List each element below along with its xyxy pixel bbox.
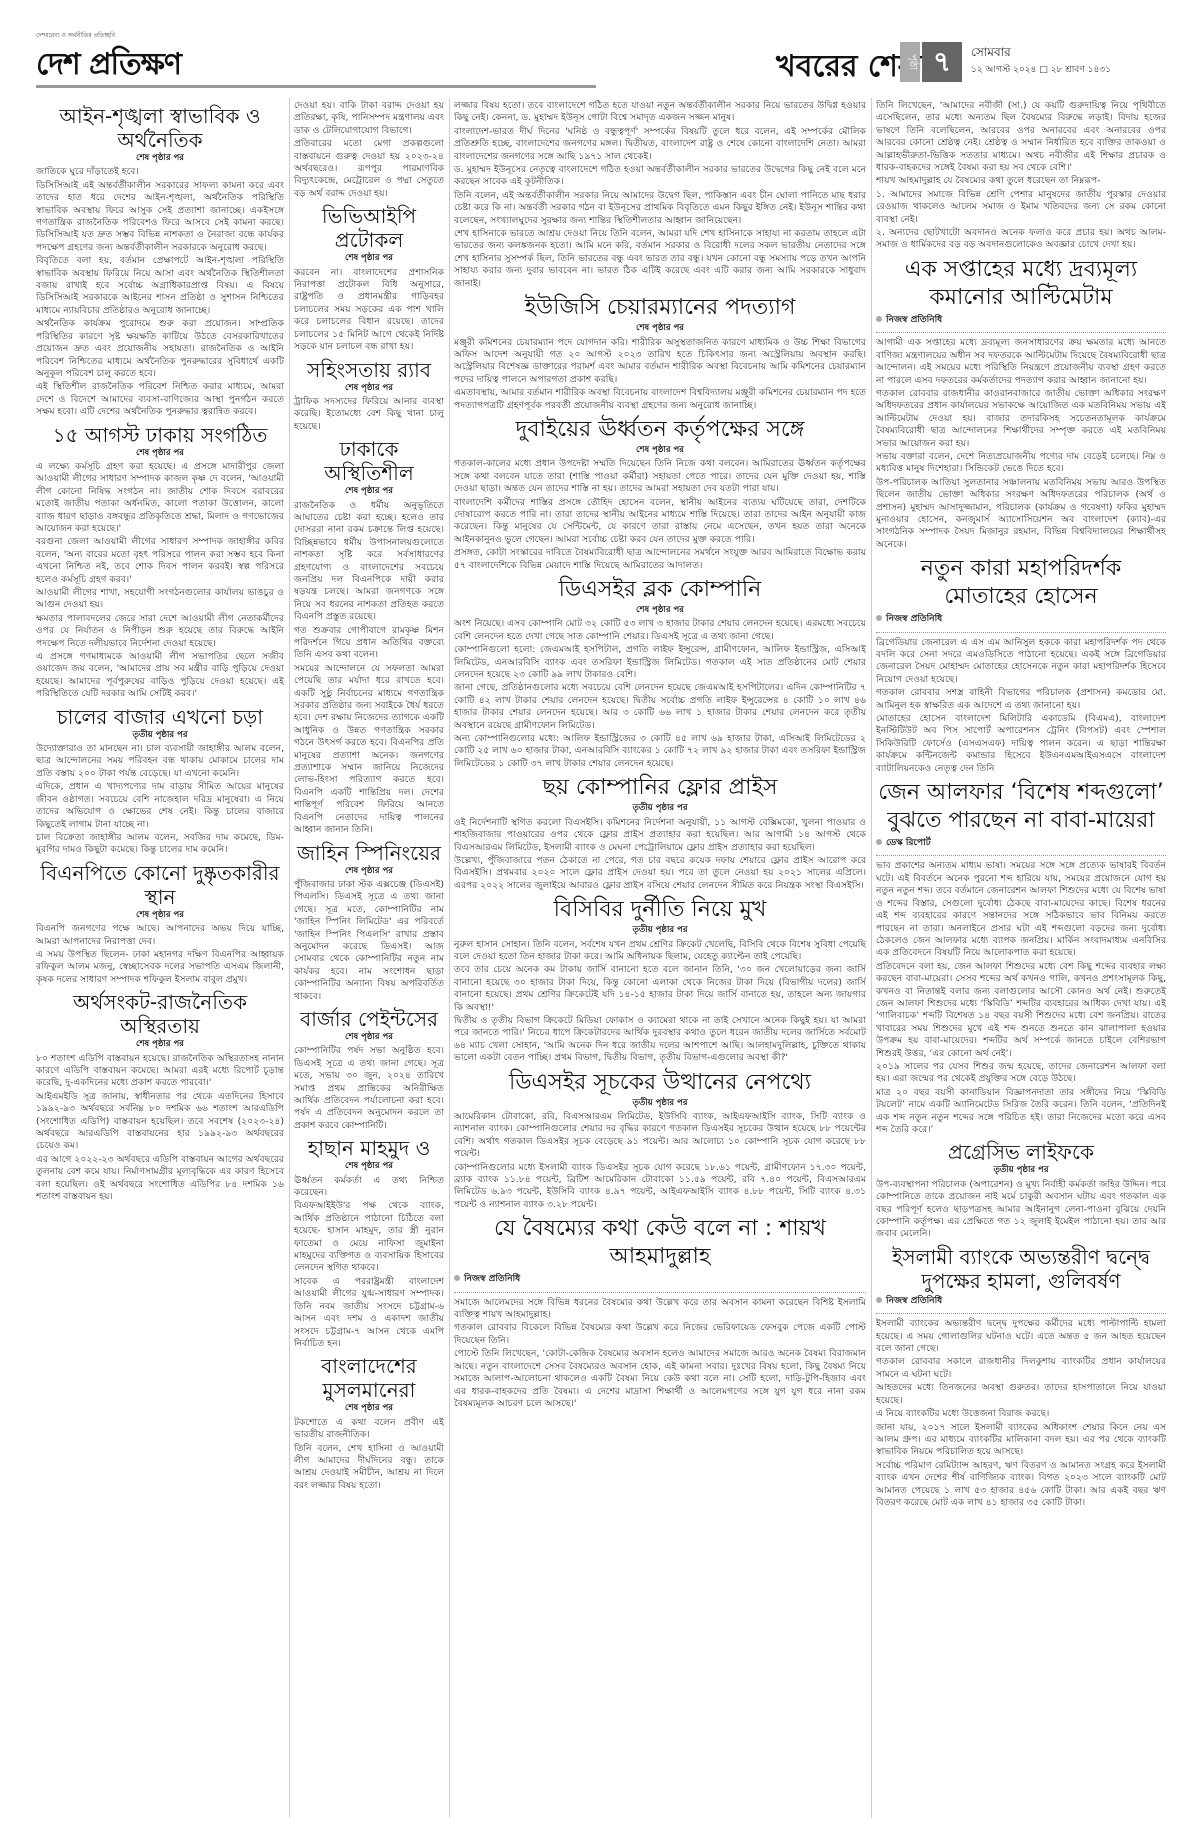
headline[interactable]: ঢাকাকে অস্থিতিশীল [294,437,444,485]
paragraph: ব্রিগেডিয়ার জেনারেল এ এস এম আনিসুল হককে… [876,637,1166,687]
paragraph: সমাজে আলেমদের সঙ্গে বিভিন্ন ধরনের বৈষম্য… [454,1297,866,1322]
article-floor-price: ছয় কোম্পানির ফ্লোর প্রাইস তৃতীয় পৃষ্ঠা… [454,774,866,892]
article-budget-cont: দেওয়া হয়। বাকি টাকা বরাদ্দ দেওয়া হয় … [294,100,444,200]
paragraph: গতকাল-কালের মধ্যে প্রধান উপদেষ্টা সম্মতি… [454,458,866,495]
paragraph: তিনি লিখেছেন, 'আমাদের নবীজী (সা.) যে কয়… [876,100,1166,174]
headline[interactable]: ভিভিআইপি প্রটোকল [294,204,444,252]
paragraph: তবে তার চেয়ে অনেক কম টাকায় জার্সি বানা… [454,964,866,1014]
paragraph: উদ্যোক্তারাও তা মানছেন না। চাল ব্যবসায়ী… [36,743,284,780]
paragraph: এ সময় উপস্থিত ছিলেন- ঢাকা মহানগর দক্ষিণ… [36,949,284,986]
paragraph: ঊর্ধ্বতন কর্মকর্তা এ তথ্য নিশ্চিত করেছেন… [294,1175,444,1200]
paragraph: আগামী এক সপ্তাহের মধ্যে দ্রব্যমূল্য জনসা… [876,337,1166,387]
continued-from: শেষ পৃষ্ঠার পর [454,444,866,456]
newspaper-logo[interactable]: দেশ প্রতিক্ষণ [36,40,181,91]
paragraph: এ প্রসঙ্গে গণমাধ্যমকে আওয়ামী লীগ সভাপতি… [36,651,284,701]
paragraph: এদিকে, প্রধান এ খাদ্যপণ্যের দাম বাড়ায় … [36,781,284,831]
paragraph: লজ্জার বিষয় হতো। তবে বাংলাদেশে গঠিত হতে… [454,100,866,125]
article-vvip: ভিভিআইপি প্রটোকল শেষ পৃষ্ঠার পর করবেন না… [294,204,444,353]
continued-from: শেষ পৃষ্ঠার পর [454,322,866,334]
paragraph: ট্রাফিক সদস্যদের ফিরিয়ে আনার ব্যবস্থা ক… [294,396,444,433]
paragraph: দ্বিতীয় ও তৃতীয় বিভাগ ক্রিকেটে মিডিয়া… [454,1015,866,1065]
continued-from: শেষ পৃষ্ঠার পর [294,252,444,264]
article-hasan-mahmud: হাছান মাহমুদ ও শেষ পৃষ্ঠার পর ঊর্ধ্বতন ক… [294,1136,444,1350]
article-dhaka-unrest: ঢাকাকে অস্থিতিশীল শেষ পৃষ্ঠার পর রাজনৈতি… [294,437,444,836]
paragraph: জানা গেছে, প্রতিষ্ঠানগুলোর মধ্যে সবচেয়ে… [454,682,866,732]
headline[interactable]: ১৫ আগস্ট ঢাকায় সংগঠিত [36,423,284,447]
date: ১২ আগস্ট ২০২৪ □ ২৮ শ্রাবণ ১৪৩১ [971,62,1111,77]
article-india-interim: লজ্জার বিষয় হতো। তবে বাংলাদেশে গঠিত হতে… [454,100,866,290]
paragraph: ভাব প্রকাশের অন্যতম মাধ্যম ভাষা। সময়ের … [876,860,1166,959]
paragraph: এমতাবস্থায়, আমার বর্তমান শারীরিক অবস্থা… [454,387,866,412]
paragraph: ২. অন্যদের ছোটখাটো অবদানও অনেক ফলাও করে … [876,227,1166,252]
paragraph: প্রতিবেদনে বলা হয়, জেন আলফা শিশুদের মধ্… [876,961,1166,1060]
paragraph: সর্বোচ্চ পরিমাণ রেমিট্যান্স আহরণ, ঋণ বিত… [876,1460,1166,1510]
article-aug15: ১৫ আগস্ট ঢাকায় সংগঠিত শেষ পৃষ্ঠার পর এ … [36,423,284,701]
byline: ডেস্ক রিপোর্ট [876,837,1166,856]
paragraph: এ নিয়ে ব্যাংকটির মধ্যে উত্তেজনা বিরাজ ক… [876,1408,1166,1420]
paragraph: আমেরিকান টোবাকো, রবি, বিএসআরএম লিমিটেড, … [454,1111,866,1161]
paragraph: শেখ হাসিনাকে ভারতে আশ্রয় দেওয়া নিয়ে ত… [454,228,866,290]
byline-text: নিজস্ব প্রতিনিধি [886,1296,942,1306]
paragraph: বাংলাদেশ-ভারত দীর্ঘ দিনের 'ঘনিষ্ঠ ও বন্ধ… [454,126,866,163]
paragraph: আহতদের মধ্যে তিনজনের অবস্থা গুরুতর। তাদে… [876,1382,1166,1407]
paragraph: জানা যায়, ২০১৭ সালে ইসলামী ব্যাংকের অধি… [876,1422,1166,1459]
continued-from: শেষ পৃষ্ঠার পর [454,604,866,616]
paragraph: পুঁজিবাজার ঢাকা স্টক এক্সচেঞ্জ (ডিএসই) প… [294,879,444,1003]
byline-text: নিজস্ব প্রতিনিধি [464,1274,520,1284]
page-number: ৭ [922,42,962,82]
article-price-ultimatum: এক সপ্তাহের মধ্যে দ্রব্যমূল্য কমানোর আল্… [876,256,1166,551]
continued-from: শেষ পৃষ্ঠার পর [294,1031,444,1043]
article-bd-muslims: বাংলাদেশের মুসলমানেরা শেষ পৃষ্ঠার পর টকশ… [294,1354,444,1492]
headline[interactable]: হাছান মাহমুদ ও [294,1136,444,1160]
paragraph: বাংলাদেশি কর্মীদের শাস্তির প্রসঙ্গে তৌহি… [454,497,866,547]
paragraph: উল্লেখ্য, পুঁজিবাজারে পতন ঠেকাতে না পেরে… [454,855,866,892]
paragraph: উপ-ব্যবস্থাপনা পরিচালক (অপারেশন) ও মুখ্য… [876,1179,1166,1241]
article-zahin: জাহিন স্পিনিংয়ের শেষ পৃষ্ঠার পর পুঁজিবা… [294,841,444,1003]
article-bnp: বিএনপিতে কোনো দুষ্কৃতকারীর স্থান শেষ পৃষ… [36,861,284,986]
column-3: লজ্জার বিষয় হতো। তবে বাংলাদেশে গঠিত হতে… [454,100,866,1820]
byline: নিজস্ব প্রতিনিধি [876,613,1166,632]
paragraph: প্রসঙ্গত, কোটা সংস্কারের দাবিতে বৈষম্যবি… [454,547,866,572]
headline[interactable]: অর্থসংকট-রাজনৈতিক অস্থিরতায় [36,990,284,1038]
bullet-icon [454,1275,460,1281]
column-right: তিনি লিখেছেন, 'আমাদের নবীজী (সা.) যে কয়… [876,100,1166,1820]
article-ahmadullah: যে বৈষম্যের কথা কেউ বলে না : শায়খ আহমাদ… [454,1215,866,1410]
article-dubai: দুবাইয়ের ঊর্ধ্বতন কর্তৃপক্ষের সঙ্গে শেষ… [454,416,866,572]
column-divider [871,98,872,1818]
article-dse-index: ডিএসইর সূচকের উত্থানের নেপথ্যে তৃতীয় পৃ… [454,1069,866,1212]
paragraph: আওয়ামী লীগের শাখা, সহযোগী সংগঠনগুলোর কা… [36,587,284,612]
paragraph: কোম্পানিটির পর্ষদ সভা অনুষ্ঠিত হবে। ডিএস… [294,1045,444,1132]
continued-from: শেষ পৃষ্ঠার পর [294,382,444,394]
paragraph: নুরুল হাসান সোহান। তিনি বলেন, সর্বশেষ যখ… [454,939,866,964]
headline[interactable]: বিএনপিতে কোনো দুষ্কৃতকারীর স্থান [36,861,284,909]
headline[interactable]: ইসলামী ব্যাংকে অভ্যন্তরীণ দ্বন্দ্বে দুপক… [876,1245,1166,1293]
headline[interactable]: ডিএসইর সূচকের উত্থানের নেপথ্যে [454,1069,866,1097]
paragraph: ডিসিসিআই এই অন্তর্বর্তীকালীন সরকারের সাফ… [36,180,284,254]
headline[interactable]: বিসিবির দুর্নীতি নিয়ে মুখ [454,896,866,924]
headline[interactable]: সহিংসতায় র‌্যাব [294,358,444,382]
headline[interactable]: নতুন কারা মহাপরিদর্শক মোতাহের হোসেন [876,555,1166,611]
continued-from: শেষ পৃষ্ঠার পর [294,1160,444,1172]
paragraph: কোম্পানিগুলো হলো: জেএমআই হসপিটাল, প্রগতি… [454,644,866,681]
paragraph: সভায় বক্তারা বলেন, দেশে নিত্যপ্রয়োজনীয… [876,451,1166,476]
paragraph: বিএফআইইউ'র পক্ষ থেকে ব্যাংক, আর্থিক প্রত… [294,1200,444,1274]
paragraph: বিবৃতিতে বলা হয়, বর্তমান প্রেক্ষাপটে আই… [36,255,284,317]
headline[interactable]: চালের বাজার এখনো চড়া [36,705,284,729]
paragraph: তিনি বলেন, শেখ হাসিনা ও আওয়ামী লীগ আমাদ… [294,1443,444,1493]
paragraph: উপ-পরিচালক আতিয়া সুলতানার সঞ্চালনায় মত… [876,477,1166,551]
header-rule [36,85,596,88]
bullet-icon [876,1297,882,1303]
continued-from: শেষ পৃষ্ঠার পর [294,1402,444,1414]
continued-from: তৃতীয় পৃষ্ঠার পর [454,924,866,936]
paragraph: ৮০ শতাংশ এডিপি বাস্তবায়ন হয়েছে। রাজনৈত… [36,1053,284,1090]
paragraph: এর আগে ২০২২-২৩ অর্থবছরে এডিপি বাস্তবায়ন… [36,1154,284,1204]
column-2: দেওয়া হয়। বাকি টাকা বরাদ্দ দেওয়া হয় … [294,100,444,1820]
article-progressive-life: প্রগ্রেসিভ লাইফকে তৃতীয় পৃষ্ঠার পর উপ-ব… [876,1140,1166,1240]
headline[interactable]: বার্জার পেইন্টসের [294,1007,444,1031]
paragraph: গতকাল রোববার বিকেলে বিভিন্ন বৈষম্যের কথা… [454,1322,866,1347]
continued-from: তৃতীয় পৃষ্ঠার পর [454,802,866,814]
article-econ-crisis: অর্থসংকট-রাজনৈতিক অস্থিরতায় শেষ পৃষ্ঠার… [36,990,284,1203]
article-rab: সহিংসতায় র‌্যাব শেষ পৃষ্ঠার পর ট্রাফিক … [294,358,444,434]
article-dse-block: ডিএসইর ব্লক কোম্পানি শেষ পৃষ্ঠার পর অংশ … [454,576,866,770]
article-rice-price: চালের বাজার এখনো চড়া তৃতীয় পৃষ্ঠার পর … [36,705,284,857]
article-ahmadullah-cont: তিনি লিখেছেন, 'আমাদের নবীজী (সা.) যে কয়… [876,100,1166,252]
byline-text: নিজস্ব প্রতিনিধি [886,614,942,624]
headline[interactable]: প্রগ্রেসিভ লাইফকে [876,1140,1166,1164]
paragraph: সময়ের আন্দোলনে যে সফলতা আমরা পেয়েছি তা… [294,663,444,837]
masthead: দেশবরেণ্য ও অর্থনীতির প্রতিচ্ছবি দেশ প্র… [36,30,1166,88]
continued-from: শেষ পৃষ্ঠার পর [36,152,284,164]
paragraph: ড. মুহাম্মদ ইউনূসের নেতৃত্বে বাংলাদেশে গ… [454,164,866,189]
paragraph: সাবেক এ পররাষ্ট্রমন্ত্রী বাংলাদেশ আওয়াম… [294,1276,444,1350]
paragraph: অর্থনৈতিক কার্যক্রম পুরোদমে শুরু করা প্র… [36,318,284,380]
continued-from: তৃতীয় পৃষ্ঠার পর [876,1164,1166,1176]
paragraph: গতকাল রোববার সকালে রাজধানীর দিলকুশায় ব্… [876,1356,1166,1381]
paragraph: গত শুক্রবার গোপীবাগে রামকৃষ্ণ মিশন পরিদর… [294,625,444,662]
paragraph: শায়খ আহমাদুল্লাহ যে বৈষম্যের কথা তুলে ধ… [876,175,1166,187]
headline[interactable]: ইউজিসি চেয়ারম্যানের পদত্যাগ [454,294,866,322]
paragraph: মোতাহের হোসেন বাংলাদেশ মিলিটারি একাডেমি … [876,713,1166,775]
paragraph: ২০১৯ সালের পর যেসব শিশুর জন্ম হয়েছে, তা… [876,1061,1166,1086]
byline: নিজস্ব প্রতিনিধি [454,1273,866,1292]
paragraph: তিনি বলেন, এই অন্তর্বর্তীকালীন সরকার নিয… [454,190,866,227]
paragraph: অন্য কোম্পানিগুলোর মধ্যে: আলিফ ইন্ডাস্ট্… [454,733,866,770]
paragraph: গতকাল রোববার সশস্ত্র বাহিনী বিভাগের পরিচ… [876,687,1166,712]
headline[interactable]: ছয় কোম্পানির ফ্লোর প্রাইস [454,774,866,802]
paragraph: গতকাল রোববার রাজধানীর কাওরানবাজারে জাতীয… [876,388,1166,450]
continued-from: শেষ পৃষ্ঠার পর [36,447,284,459]
page-label: পৃষ্ঠা [900,42,920,82]
paragraph: বিএনপি জনগণের পক্ষে আছে। আপনাদের অভয় দি… [36,923,284,948]
paragraph: ওই নির্দেশনাটি স্থগিত করলো বিএসইসি। কমিশ… [454,817,866,854]
paragraph: বরগুনা জেলা আওয়ামী লীগের সাধারণ সম্পাদক… [36,536,284,586]
column-1: আইন-শৃঙ্খলা স্বাভাবিক ও অর্থনৈতিক শেষ পৃ… [36,100,284,1820]
paragraph: করবেন না। বাংলাদেশের প্রশাসনিক নিরাপত্তা… [294,267,444,354]
headline[interactable]: জাহিন স্পিনিংয়ের [294,841,444,865]
continued-from: শেষ পৃষ্ঠার পর [36,1038,284,1050]
headline[interactable]: বাংলাদেশের মুসলমানেরা [294,1354,444,1402]
paragraph: পোস্টে তিনি লিখেছেন, 'কোটা-কেন্দ্রিক বৈষ… [454,1348,866,1410]
article-new-ig: নতুন কারা মহাপরিদর্শক মোতাহের হোসেন নিজস… [876,555,1166,775]
paragraph: টকশোতে এ কথা বলেন প্রবীণ এই ভারতীয় রাজন… [294,1417,444,1442]
paragraph: ইসলামী ব্যাংকের অভ্যন্তরীণ দ্বন্দ্বে দুপ… [876,1318,1166,1355]
byline: নিজস্ব প্রতিনিধি [876,1295,1166,1314]
paragraph: রাজনৈতিক ও ধর্মীয় অনুভূতিতে আঘাতের চেষ্… [294,500,444,624]
article-bcb: বিসিবির দুর্নীতি নিয়ে মুখ তৃতীয় পৃষ্ঠা… [454,896,866,1064]
day: সোমবার [971,44,1011,64]
headline[interactable]: দুবাইয়ের ঊর্ধ্বতন কর্তৃপক্ষের সঙ্গে [454,416,866,444]
headline[interactable]: ডিএসইর ব্লক কোম্পানি [454,576,866,604]
headline[interactable]: এক সপ্তাহের মধ্যে দ্রব্যমূল্য কমানোর আল্… [876,256,1166,312]
headline[interactable]: আইন-শৃঙ্খলা স্বাভাবিক ও অর্থনৈতিক [36,104,284,152]
article-law-order: আইন-শৃঙ্খলা স্বাভাবিক ও অর্থনৈতিক শেষ পৃ… [36,104,284,419]
paragraph: মঞ্জুরী কমিশনের চেয়ারম্যান পদে যোগদান ক… [454,337,866,387]
continued-from: শেষ পৃষ্ঠার পর [294,865,444,877]
continued-from: তৃতীয় পৃষ্ঠার পর [36,729,284,741]
continued-from: তৃতীয় পৃষ্ঠার পর [454,1097,866,1109]
column-divider [289,98,290,1818]
article-gen-alpha: জেন আলফার ‘বিশেষ শব্দগুলো’ বুঝতে পারছেন … [876,779,1166,1136]
byline-text: ডেস্ক রিপোর্ট [886,838,931,848]
paragraph: অংশ নিয়েছে। এসব কোম্পানি মোট ৩২ কোটি ৫৩… [454,618,866,643]
continued-from: শেষ পৃষ্ঠার পর [294,485,444,497]
article-islami-bank: ইসলামী ব্যাংকে অভ্যন্তরীণ দ্বন্দ্বে দুপক… [876,1245,1166,1510]
paragraph: জাতিকে ঘুরে দাঁড়াতেই হবে। [36,166,284,178]
paragraph: কোম্পানিগুলোর মধ্যে ইসলামী ব্যাংক ডিএসইর… [454,1162,866,1212]
paragraph: আইএমইডি সূত্র জানায়, স্বাধীনতার পর থেকে… [36,1091,284,1153]
paragraph: দেওয়া হয়। বাকি টাকা বরাদ্দ দেওয়া হয় … [294,100,444,137]
bullet-icon [876,615,882,621]
bullet-icon [876,839,882,845]
byline-text: নিজস্ব প্রতিনিধি [886,315,942,325]
paragraph: চাল বিক্রেতা জাহাঙ্গীর আলম বলেন, সবজির দ… [36,832,284,857]
column-divider [449,98,450,1818]
paragraph: এ লক্ষ্যে কর্মসূচি গ্রহণ করা হয়েছে। এ প… [36,461,284,535]
paragraph: এই স্থিতিশীল রাজনৈতিক পরিবেশ নিশ্চিত করা… [36,381,284,418]
continued-from: শেষ পৃষ্ঠার পর [36,909,284,921]
article-ugc: ইউজিসি চেয়ারম্যানের পদত্যাগ শেষ পৃষ্ঠার… [454,294,866,412]
article-berger: বার্জার পেইন্টসের শেষ পৃষ্ঠার পর কোম্পান… [294,1007,444,1132]
bullet-icon [876,316,882,322]
paragraph: মাত্র ২০ বছর বয়সী কানাডিয়ান বিজ্ঞাপনদা… [876,1087,1166,1137]
headline[interactable]: যে বৈষম্যের কথা কেউ বলে না : শায়খ আহমাদ… [454,1215,866,1271]
paragraph: ১. আমাদের সমাজে বিভিন্ন শ্রেণি পেশার মান… [876,189,1166,226]
byline: নিজস্ব প্রতিনিধি [876,314,1166,333]
headline[interactable]: জেন আলফার ‘বিশেষ শব্দগুলো’ বুঝতে পারছেন … [876,779,1166,835]
paragraph: প্রতিবারের মতো মেগা প্রকল্পগুলো বাস্তবায… [294,138,444,200]
paragraph: ক্ষমতার পালাবদলের জেরে সারা দেশে আওয়ামী… [36,613,284,650]
